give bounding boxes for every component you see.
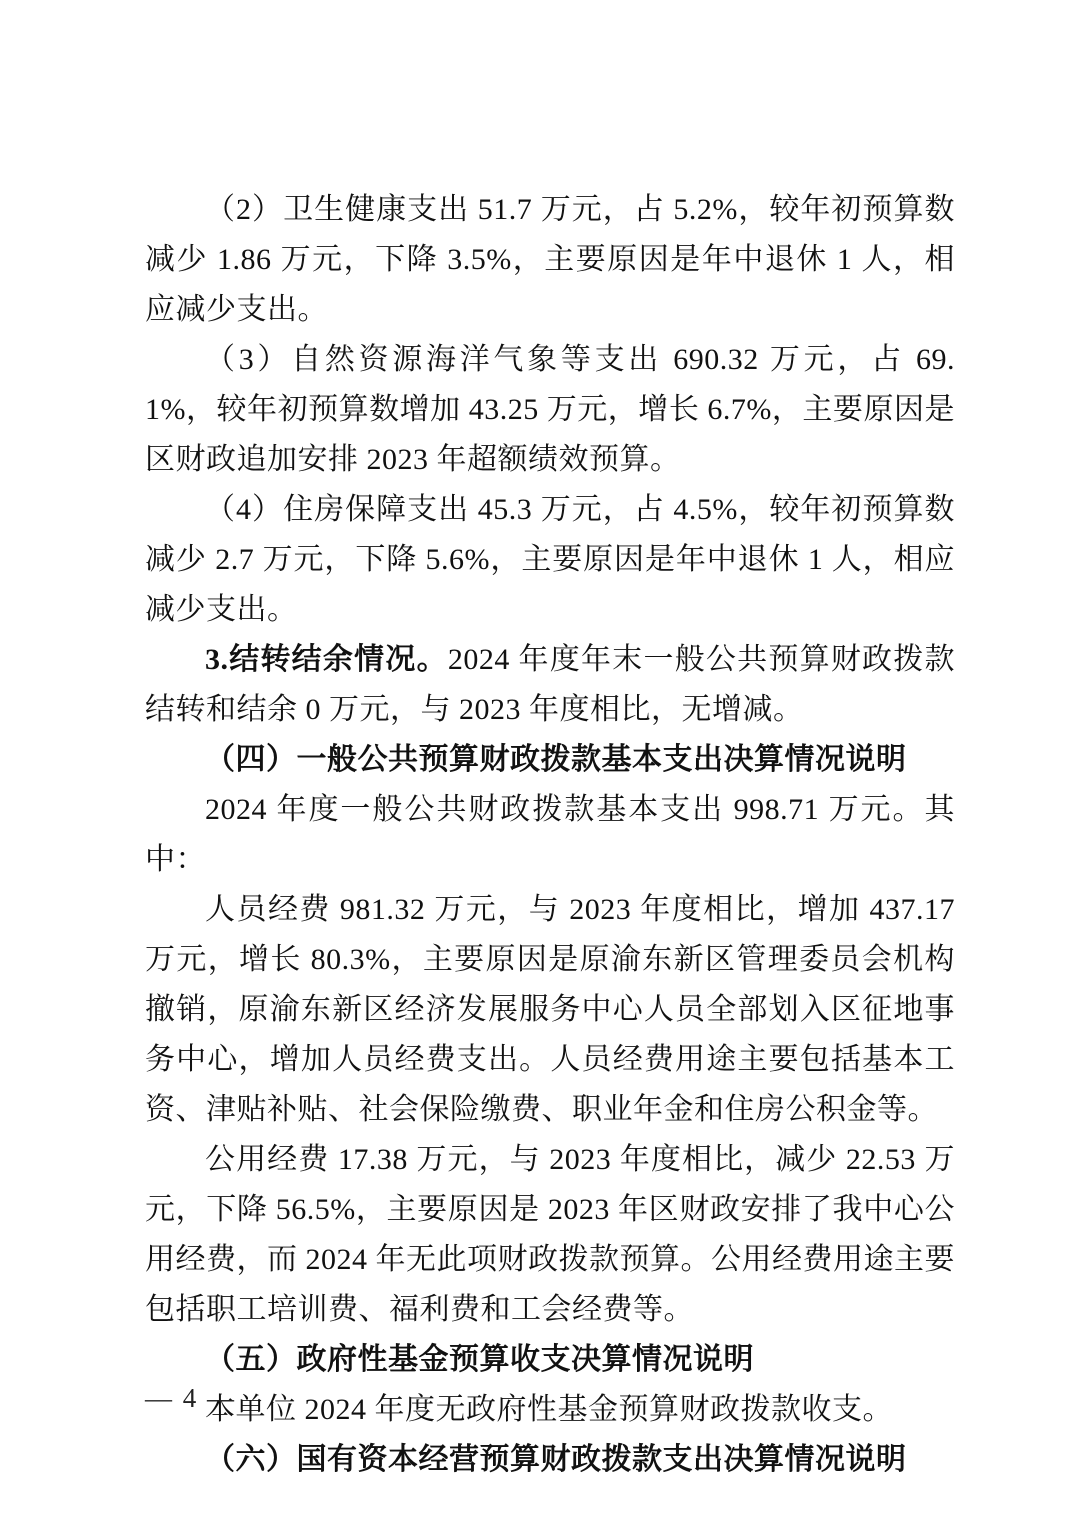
- paragraph-carryover-balance: 3.结转结余情况。2024 年度年末一般公共预算财政拨款结转和结余 0 万元，与…: [145, 635, 955, 735]
- paragraph-health-expenditure: （2）卫生健康支出 51.7 万元，占 5.2%，较年初预算数减少 1.86 万…: [145, 185, 955, 335]
- page-number: — 4 —: [145, 1378, 236, 1418]
- paragraph-basic-expenditure-total: 2024 年度一般公共财政拨款基本支出 998.71 万元。其中：: [145, 785, 955, 885]
- paragraph-natural-resources-expenditure: （3）自然资源海洋气象等支出 690.32 万元，占 69.1%，较年初预算数增…: [145, 335, 955, 485]
- document-body: （2）卫生健康支出 51.7 万元，占 5.2%，较年初预算数减少 1.86 万…: [145, 185, 955, 1485]
- paragraph-bold-lead: 3.结转结余情况。: [205, 643, 448, 676]
- paragraph-public-funds: 公用经费 17.38 万元，与 2023 年度相比，减少 22.53 万元，下降…: [145, 1135, 955, 1335]
- paragraph-housing-expenditure: （4）住房保障支出 45.3 万元，占 4.5%，较年初预算数减少 2.7 万元…: [145, 485, 955, 635]
- section-heading-4-basic-expenditure: （四）一般公共预算财政拨款基本支出决算情况说明: [145, 735, 955, 785]
- paragraph-personnel-funds: 人员经费 981.32 万元，与 2023 年度相比，增加 437.17 万元，…: [145, 885, 955, 1135]
- section-heading-6-state-capital: （六）国有资本经营预算财政拨款支出决算情况说明: [145, 1435, 955, 1485]
- paragraph-no-government-funds: 本单位 2024 年度无政府性基金预算财政拨款收支。: [145, 1385, 955, 1435]
- section-heading-5-government-funds: （五）政府性基金预算收支决算情况说明: [145, 1335, 955, 1385]
- document-page: （2）卫生健康支出 51.7 万元，占 5.2%，较年初预算数减少 1.86 万…: [0, 0, 1074, 1520]
